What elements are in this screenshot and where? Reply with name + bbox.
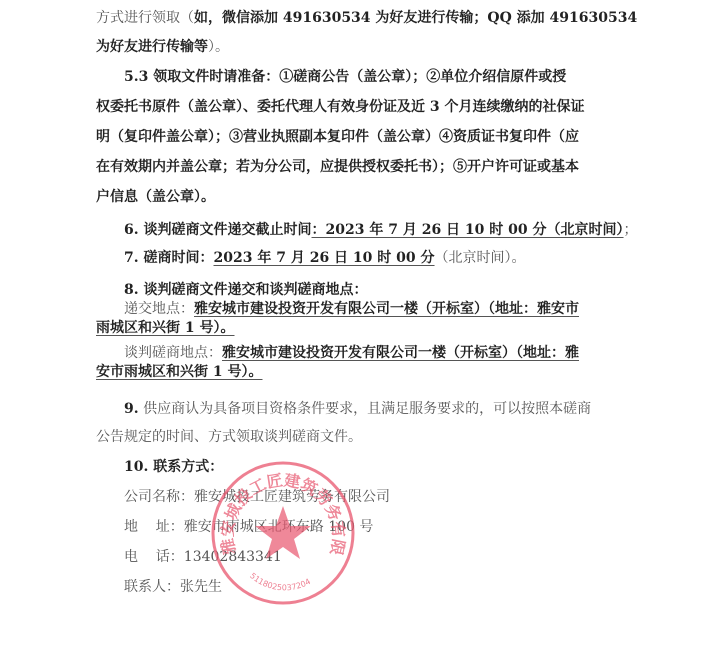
para-5-2-line2: 为好友进行传输等）。 [96,38,606,56]
para-5-3-line3: 明（复印件盖公章）；③营业执照副本复印件（盖公章）④资质证书复印件（应 [96,128,606,146]
item-8-negotiate-line1: 谈判磋商地点：雅安城市建设投资开发有限公司一楼（开标室）（地址：雅 [124,344,634,362]
contact-company: 公司名称：雅安城投工匠建筑劳务有限公司 [124,488,634,506]
para-5-3-line2: 权委托书原件（盖公章）、委托代理人有效身份证及近 3 个月连续缴纳的社保证 [96,98,606,116]
para-5-3-line4: 在有效期内并盖公章；若为分公司，应提供授权委托书）；⑤开户许可证或基本 [96,158,606,176]
item-9-line1: 9. 供应商认为具备项目资格条件要求，且满足服务要求的，可以按照本磋商 [124,400,634,418]
item-7-time: 7. 磋商时间：2023 年 7 月 26 日 10 时 00 分（北京时间）。 [124,249,634,267]
item-8-submit-line2: 雨城区和兴街 1 号）。 [96,319,606,337]
item-10-heading: 10. 联系方式： [124,458,634,476]
para-5-2-line1: 方式进行领取（如，微信添加 491630534 为好友进行传输；QQ 添加 49… [96,9,606,27]
contact-person: 联系人：张先生 [124,578,634,596]
item-6-deadline: 6. 谈判磋商文件递交截止时间：2023 年 7 月 26 日 10 时 00 … [124,221,634,239]
item-8-negotiate-line2: 安市雨城区和兴街 1 号）。 [96,363,606,381]
item-9-line2: 公告规定的时间、方式领取谈判磋商文件。 [96,428,606,446]
item-8-heading: 8. 谈判磋商文件递交和谈判磋商地点： [124,281,634,299]
item-8-submit-line1: 递交地点：雅安城市建设投资开发有限公司一楼（开标室）（地址：雅安市 [124,300,634,318]
contact-phone: 电 话：13402843341 [124,548,634,566]
para-5-3-line1: 5.3 领取文件时请准备：①磋商公告（盖公章）；②单位介绍信原件或授 [124,68,606,86]
para-5-3-line5: 户信息（盖公章）。 [96,188,606,206]
contact-address: 地 址：雅安市雨城区北环东路 100 号 [124,518,634,536]
